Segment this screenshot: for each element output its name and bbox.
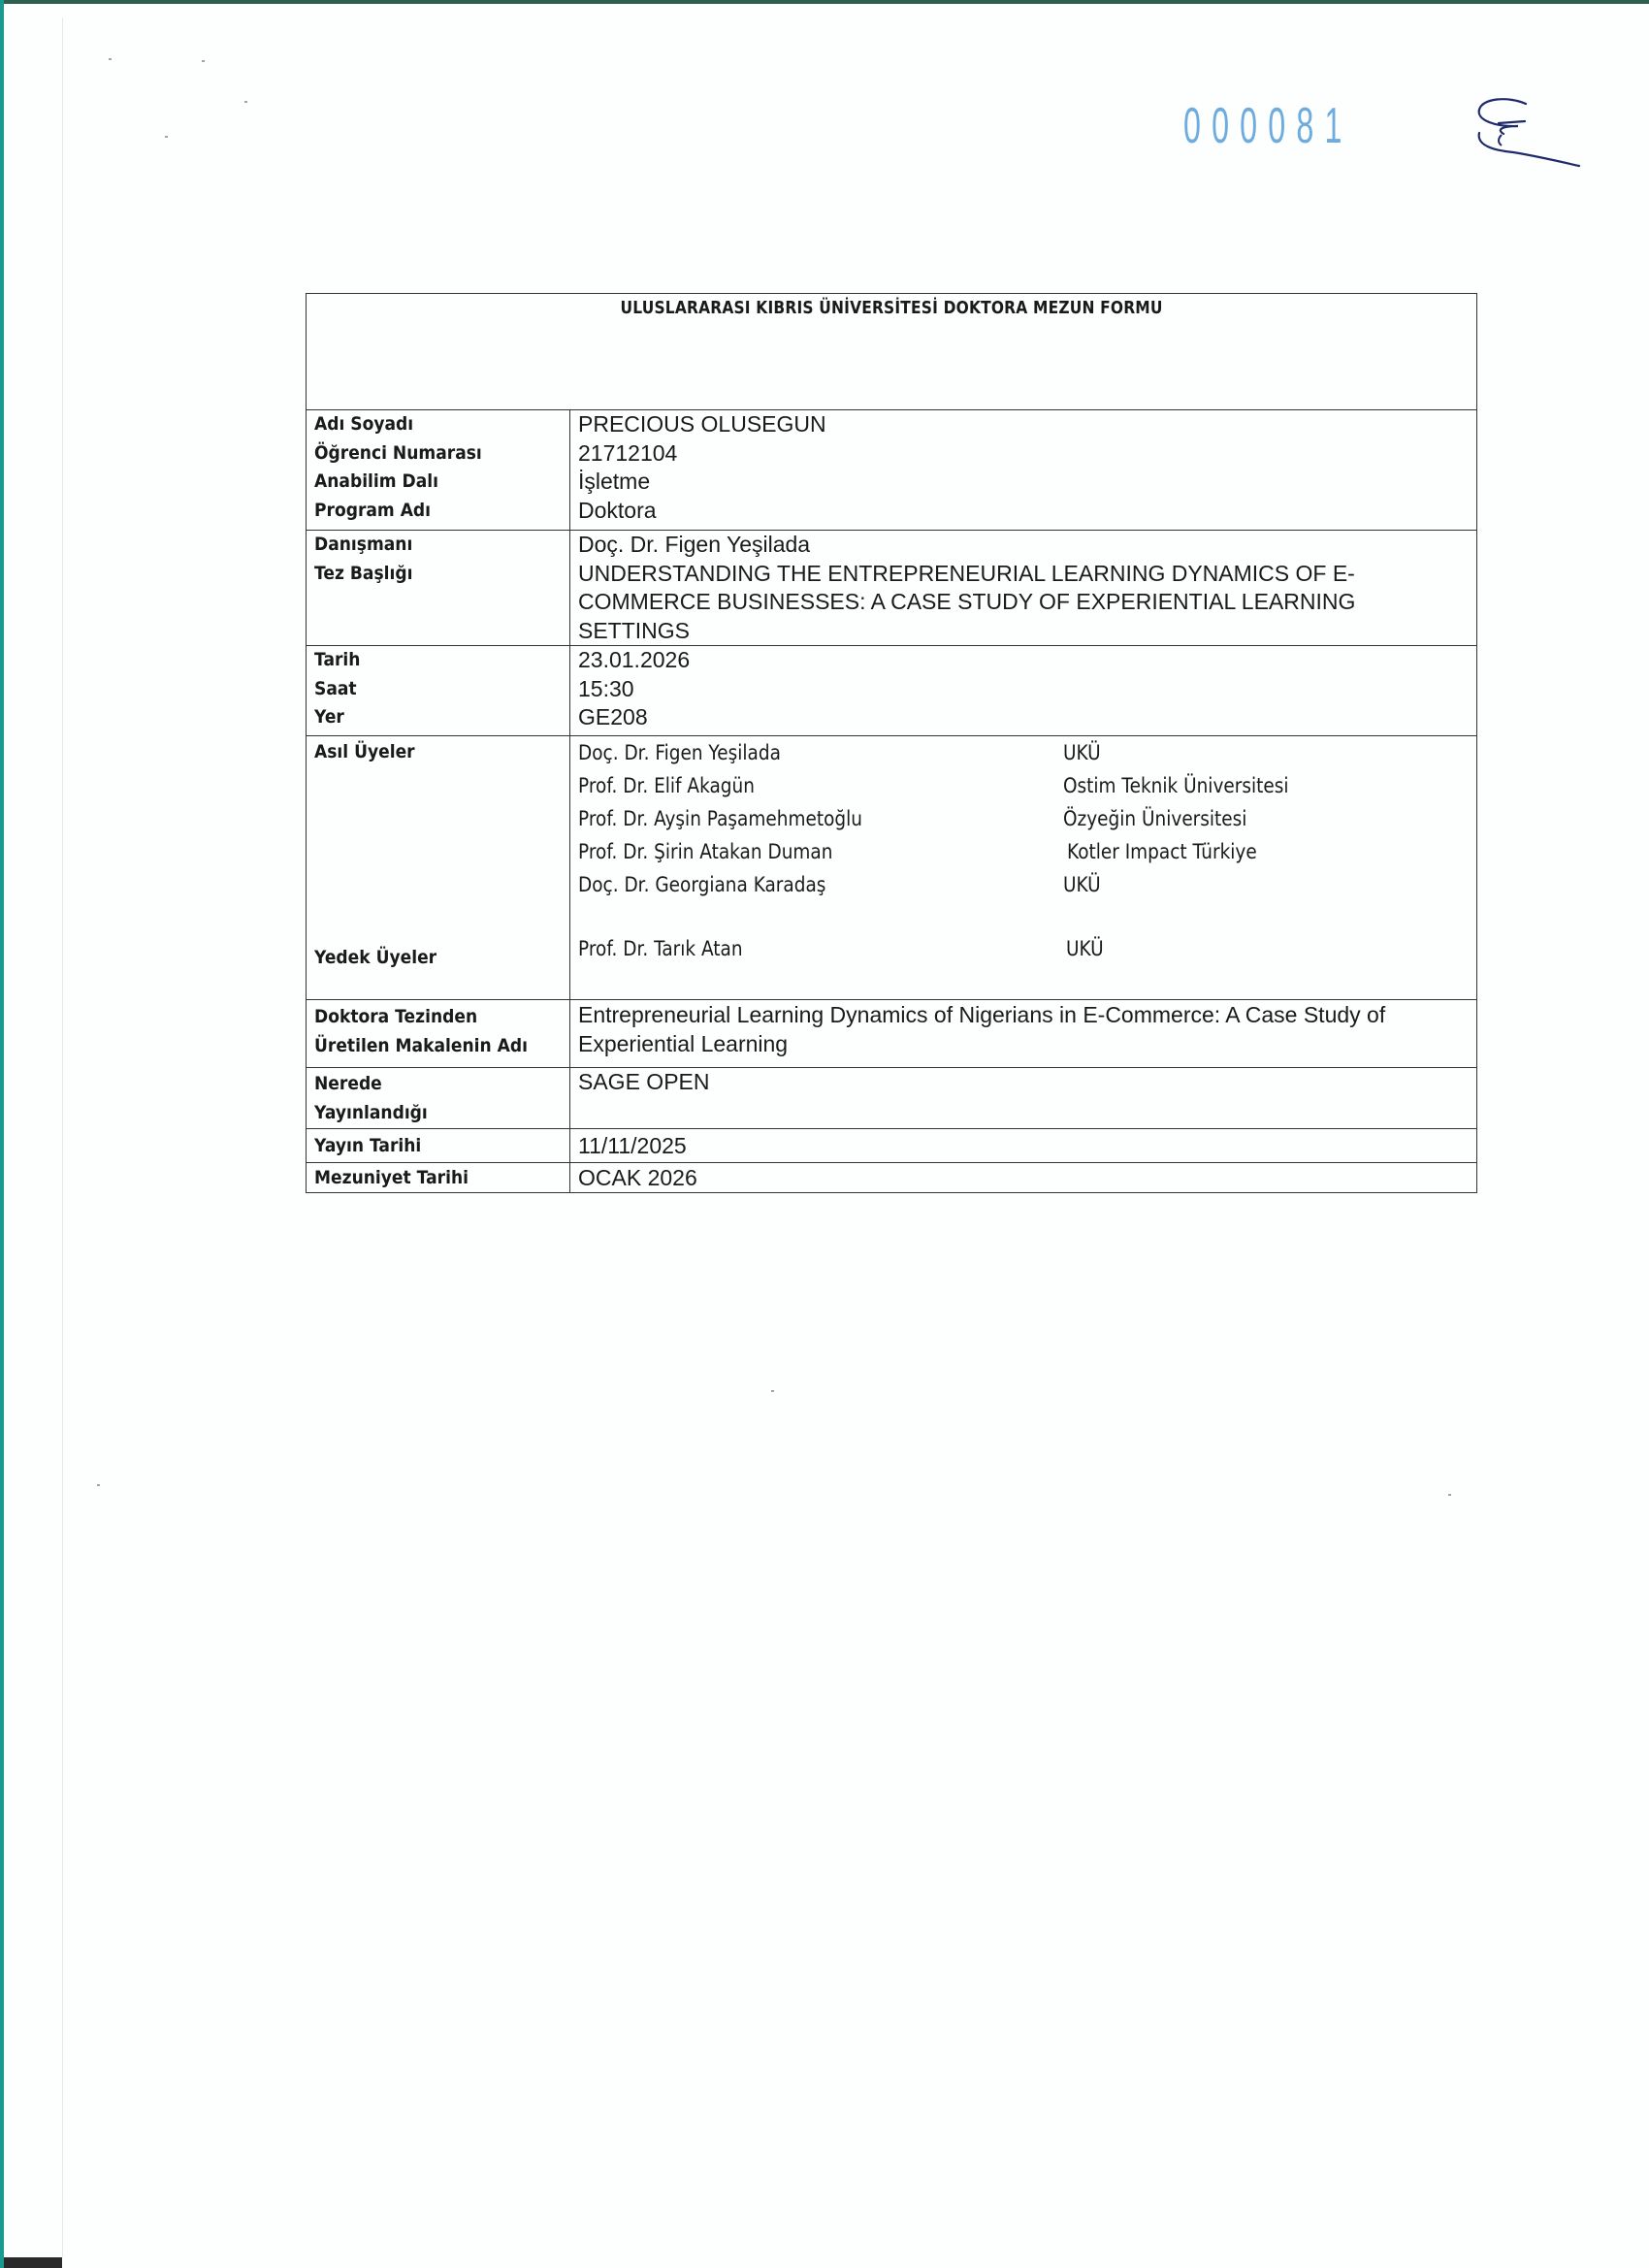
main-members-list: Doç. Dr. Figen Yeşilada UKÜ Prof. Dr. El… [578, 736, 1476, 901]
scan-edge-top [0, 0, 1649, 4]
article-title: Entrepreneurial Learning Dynamics of Nig… [578, 1001, 1476, 1058]
member-institution: UKÜ [1066, 932, 1104, 965]
label-advisor: Danışmanı [314, 531, 544, 560]
label-student-number: Öğrenci Numarası [314, 439, 544, 469]
label-name: Adı Soyadı [314, 410, 544, 439]
member-institution: UKÜ [1063, 736, 1101, 769]
label-published-where-line2: Yayınlandığı [314, 1099, 544, 1128]
graduation-form-table: ULUSLARARASI KIBRIS ÜNİVERSİTESİ DOKTORA… [306, 293, 1477, 1193]
advisor-name: Doç. Dr. Figen Yeşilada [578, 531, 1476, 560]
department: İşletme [578, 468, 1476, 497]
defense-time: 15:30 [578, 675, 1476, 704]
member-name: Prof. Dr. Ayşin Paşamehmetoğlu [578, 802, 1005, 835]
label-article-line2: Üretilen Makalenin Adı [314, 1032, 544, 1061]
member-institution: Ostim Teknik Üniversitesi [1063, 769, 1288, 802]
scan-speck [771, 1390, 774, 1392]
scan-speck [202, 60, 205, 62]
signature-icon [1465, 92, 1591, 189]
member-institution: Kotler Impact Türkiye [1067, 835, 1257, 868]
publication-date-label-cell: Yayın Tarihi [307, 1129, 570, 1163]
defense-date: 23.01.2026 [578, 646, 1476, 675]
scan-speck [109, 58, 112, 60]
student-name: PRECIOUS OLUSEGUN [578, 410, 1476, 439]
graduation-date-label-cell: Mezuniyet Tarihi [307, 1163, 570, 1193]
thesis-title: UNDERSTANDING THE ENTREPRENEURIAL LEARNI… [578, 560, 1476, 646]
label-graduation-date: Mezuniyet Tarihi [314, 1163, 544, 1192]
published-where-value-cell: SAGE OPEN [570, 1068, 1477, 1129]
document-number-stamp: 000081 [1183, 97, 1353, 155]
publication-date: 11/11/2025 [578, 1129, 1476, 1162]
form-title: ULUSLARARASI KIBRIS ÜNİVERSİTESİ DOKTORA… [620, 298, 1162, 318]
scan-speck [97, 1484, 100, 1486]
graduation-date-value-cell: OCAK 2026 [570, 1163, 1477, 1193]
label-published-where-line1: Nerede [314, 1070, 544, 1099]
committee-member: Doç. Dr. Georgiana Karadaş UKÜ [578, 868, 1476, 901]
defense-values-cell: 23.01.2026 15:30 GE208 [570, 646, 1477, 736]
label-article-line1: Doktora Tezinden [314, 1003, 544, 1032]
substitute-members-list: Prof. Dr. Tarık Atan UKÜ [578, 932, 1476, 965]
label-main-members: Asıl Üyeler [314, 738, 544, 767]
label-department: Anabilim Dalı [314, 468, 544, 497]
paper-edge-shadow [62, 17, 63, 2257]
defense-labels-cell: Tarih Saat Yer [307, 646, 570, 736]
program: Doktora [578, 497, 1476, 526]
student-labels-cell: Adı Soyadı Öğrenci Numarası Anabilim Dal… [307, 410, 570, 531]
thesis-values-cell: Doç. Dr. Figen Yeşilada UNDERSTANDING TH… [570, 531, 1477, 646]
published-where-label-cell: Nerede Yayınlandığı [307, 1068, 570, 1129]
committee-member: Prof. Dr. Ayşin Paşamehmetoğlu Özyeğin Ü… [578, 802, 1476, 835]
article-value-cell: Entrepreneurial Learning Dynamics of Nig… [570, 1000, 1477, 1068]
graduation-date: OCAK 2026 [578, 1163, 1476, 1192]
substitute-member: Prof. Dr. Tarık Atan UKÜ [578, 932, 1476, 965]
defense-location: GE208 [578, 703, 1476, 732]
scan-speck [244, 101, 247, 103]
label-date: Tarih [314, 646, 544, 675]
label-thesis-title: Tez Başlığı [314, 560, 544, 589]
journal-name: SAGE OPEN [578, 1068, 1476, 1097]
scan-edge-left [0, 0, 4, 2268]
committee-member: Prof. Dr. Elif Akagün Ostim Teknik Ünive… [578, 769, 1476, 802]
label-publication-date: Yayın Tarihi [314, 1129, 544, 1162]
committee-labels-cell: Asıl Üyeler Yedek Üyeler [307, 736, 570, 1000]
committee-values-cell: Doç. Dr. Figen Yeşilada UKÜ Prof. Dr. El… [570, 736, 1477, 1000]
committee-member: Doç. Dr. Figen Yeşilada UKÜ [578, 736, 1476, 769]
publication-date-value-cell: 11/11/2025 [570, 1129, 1477, 1163]
form-header-cell: ULUSLARARASI KIBRIS ÜNİVERSİTESİ DOKTORA… [307, 294, 1477, 410]
scan-speck [165, 136, 168, 138]
label-time: Saat [314, 675, 544, 704]
student-values-cell: PRECIOUS OLUSEGUN 21712104 İşletme Dokto… [570, 410, 1477, 531]
label-substitute-members: Yedek Üyeler [314, 944, 436, 973]
member-name: Doç. Dr. Figen Yeşilada [578, 736, 1005, 769]
member-name: Prof. Dr. Şirin Atakan Duman [578, 835, 1005, 868]
label-program: Program Adı [314, 497, 544, 526]
member-institution: Özyeğin Üniversitesi [1063, 802, 1246, 835]
student-number: 21712104 [578, 439, 1476, 469]
scan-speck [1448, 1494, 1451, 1496]
label-location: Yer [314, 703, 544, 732]
scan-edge-bottom [4, 2257, 62, 2268]
article-label-cell: Doktora Tezinden Üretilen Makalenin Adı [307, 1000, 570, 1068]
member-institution: UKÜ [1063, 868, 1101, 901]
thesis-labels-cell: Danışmanı Tez Başlığı [307, 531, 570, 646]
member-name: Prof. Dr. Tarık Atan [578, 932, 1005, 965]
member-name: Doç. Dr. Georgiana Karadaş [578, 868, 1005, 901]
member-name: Prof. Dr. Elif Akagün [578, 769, 1005, 802]
committee-member: Prof. Dr. Şirin Atakan Duman Kotler Impa… [578, 835, 1476, 868]
